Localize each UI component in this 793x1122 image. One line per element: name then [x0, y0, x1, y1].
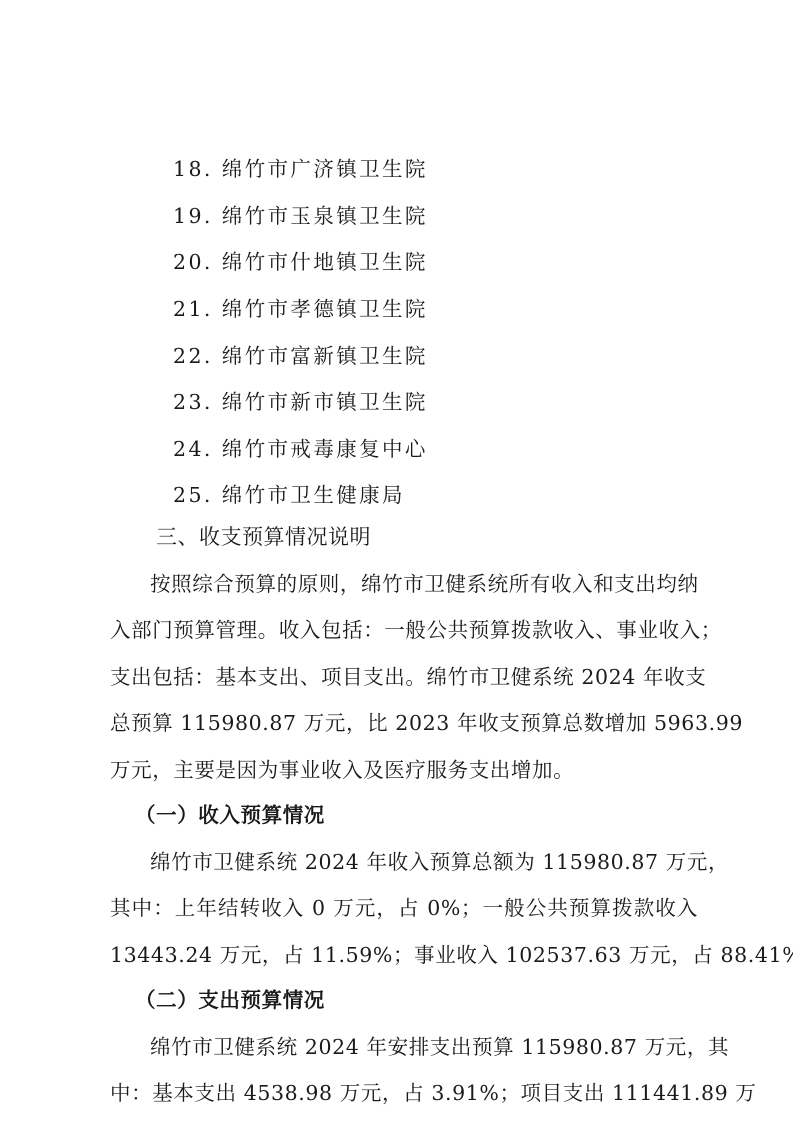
paragraph-line: 入部门预算管理。收入包括：一般公共预算拨款收入、事业收入； — [110, 613, 698, 643]
paragraph-line: 按照综合预算的原则，绵竹市卫健系统所有收入和支出均纳 — [150, 567, 698, 597]
list-item: 24. 绵竹市戒毒康复中心 — [173, 432, 428, 462]
list-item: 23. 绵竹市新市镇卫生院 — [173, 385, 428, 415]
paragraph-line: 中：基本支出 4538.98 万元，占 3.91%；项目支出 111441.89… — [110, 1076, 698, 1106]
list-item: 21. 绵竹市孝德镇卫生院 — [173, 292, 428, 322]
paragraph-line: 13443.24 万元，占 11.59%；事业收入 102537.63 万元，占… — [110, 938, 698, 968]
paragraph-line: 绵竹市卫健系统 2024 年收入预算总额为 115980.87 万元， — [150, 845, 698, 875]
list-item: 18. 绵竹市广济镇卫生院 — [173, 152, 428, 182]
list-item: 22. 绵竹市富新镇卫生院 — [173, 339, 428, 369]
paragraph-line: 支出包括：基本支出、项目支出。绵竹市卫健系统 2024 年收支 — [110, 660, 698, 690]
paragraph-line: 总预算 115980.87 万元，比 2023 年收支预算总数增加 5963.9… — [110, 706, 698, 736]
page-number: 7 — [0, 1043, 793, 1056]
list-item: 19. 绵竹市玉泉镇卫生院 — [173, 199, 428, 229]
list-item: 25. 绵竹市卫生健康局 — [173, 478, 405, 508]
subsection-heading-expenditure: （二）支出预算情况 — [135, 983, 325, 1013]
list-item: 20. 绵竹市什地镇卫生院 — [173, 245, 428, 275]
section-heading: 三、收支预算情况说明 — [156, 521, 371, 551]
paragraph-line: 万元，主要是因为事业收入及医疗服务支出增加。 — [110, 753, 698, 783]
subsection-heading-income: （一）收入预算情况 — [135, 798, 325, 828]
paragraph-line: 其中：上年结转收入 0 万元，占 0%；一般公共预算拨款收入 — [110, 891, 698, 921]
